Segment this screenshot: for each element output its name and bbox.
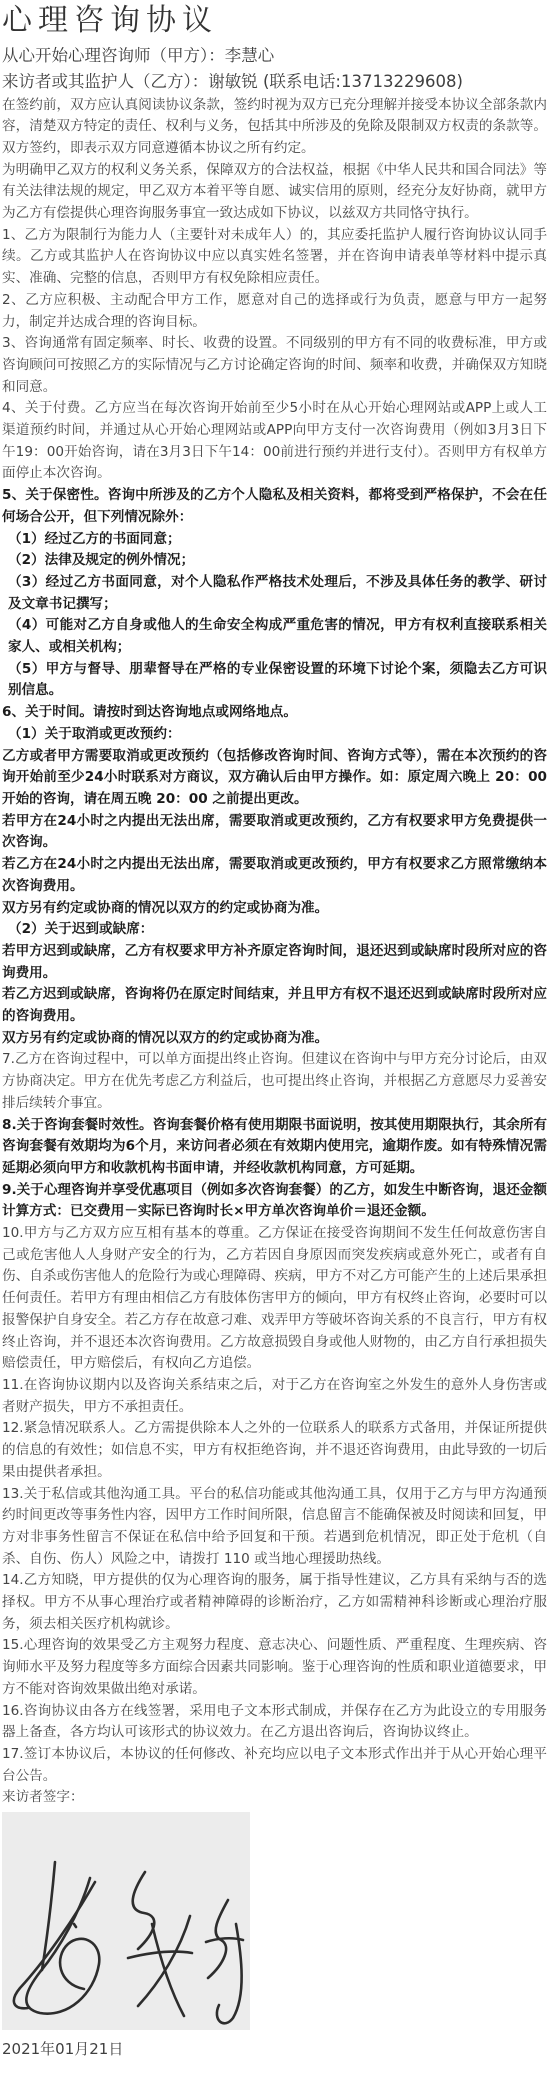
agreement-paragraph: 15.心理咨询的效果受乙方主观努力程度、意志决心、问题性质、严重程度、生理疾病、… <box>2 1635 547 1700</box>
agreement-paragraph: 双方另有约定或协商的情况以双方的约定或协商为准。 <box>2 898 547 920</box>
agreement-paragraph: 7.乙方在咨询过程中，可以单方面提出终止咨询。但建议在咨询中与甲方充分讨论后，由… <box>2 1049 547 1114</box>
agreement-paragraph: （1）关于取消或更改预约： <box>2 724 547 746</box>
agreement-paragraph: 乙方或者甲方需要取消或更改预约（包括修改咨询时间、咨询方式等），需在本次预约的咨… <box>2 746 547 811</box>
agreement-paragraph: 在签约前，双方应认真阅读协议条款，签约时视为双方已充分理解并接受本协议全部条款内… <box>2 95 547 160</box>
agreement-paragraph: （3）经过乙方书面同意，对个人隐私作严格技术处理后，不涉及具体任务的教学、研讨及… <box>2 572 547 615</box>
agreement-paragraph: 9.关于心理咨询并享受优惠项目（例如多次咨询套餐）的乙方，如发生中断咨询，退还金… <box>2 1180 547 1223</box>
sign-date: 2021年01月21日 <box>2 2038 547 2060</box>
agreement-paragraph: （4）可能对乙方自身或他人的生命安全构成严重危害的情况，甲方有权利直接联系相关家… <box>2 615 547 658</box>
agreement-paragraph: 若乙方在24小时之内提出无法出席，需要取消或更改预约，甲方有权要求乙方照常缴纳本… <box>2 854 547 897</box>
agreement-paragraph: 10.甲方与乙方双方应互相有基本的尊重。乙方保证在接受咨询期间不发生任何故意伤害… <box>2 1223 547 1375</box>
agreement-paragraph: 2、乙方应积极、主动配合甲方工作，愿意对自己的选择或行为负责，愿意与甲方一起努力… <box>2 290 547 333</box>
agreement-paragraph: 双方另有约定或协商的情况以双方的约定或协商为准。 <box>2 1028 547 1050</box>
agreement-paragraph: 17.签订本协议后，本协议的任何修改、补充均应以电子文本形式作出并于从心开始心理… <box>2 1744 547 1787</box>
handwritten-signature-icon <box>2 1812 250 2030</box>
agreement-paragraph: 13.关于私信或其他沟通工具。平台的私信功能或其他沟通工具，仅用于乙方与甲方沟通… <box>2 1484 547 1571</box>
agreement-paragraph: 14.乙方知晓，甲方提供的仅为心理咨询的服务，属于指导性建议，乙方具有采纳与否的… <box>2 1570 547 1635</box>
agreement-paragraph: 8.关于咨询套餐时效性。咨询套餐价格有使用期限书面说明，按其使用期限执行，其余所… <box>2 1115 547 1180</box>
agreement-paragraph: 5、关于保密性。咨询中所涉及的乙方个人隐私及相关资料，都将受到严格保护，不会在任… <box>2 485 547 528</box>
agreement-paragraph: 16.咨询协议由各方在线签署，采用电子文本形式制成，并保存在乙方为此设立的专用服… <box>2 1701 547 1744</box>
agreement-body: 在签约前，双方应认真阅读协议条款，签约时视为双方已充分理解并接受本协议全部条款内… <box>2 95 547 1788</box>
agreement-paragraph: （2）法律及规定的例外情况； <box>2 550 547 572</box>
agreement-paragraph: 1、乙方为限制行为能力人（主要针对未成年人）的，其应委托监护人履行咨询协议认同手… <box>2 225 547 290</box>
agreement-paragraph: （5）甲方与督导、朋辈督导在严格的专业保密设置的环境下讨论个案，须隐去乙方可识别… <box>2 659 547 702</box>
agreement-paragraph: 12.紧急情况联系人。乙方需提供除本人之外的一位联系人的联系方式备用，并保证所提… <box>2 1418 547 1483</box>
agreement-paragraph: 3、咨询通常有固定频率、时长、收费的设置。不同级别的甲方有不同的收费标准，甲方或… <box>2 333 547 398</box>
visitor-signature-image <box>2 1812 250 2030</box>
party-a-line: 从心开始心理咨询师（甲方）：李慧心 <box>2 43 547 69</box>
party-b-line: 来访者或其监护人（乙方）：谢敏锐 (联系电话:13713229608) <box>2 69 547 95</box>
agreement-paragraph: 若甲方在24小时之内提出无法出席，需要取消或更改预约，乙方有权要求甲方免费提供一… <box>2 811 547 854</box>
agreement-paragraph: 11.在咨询协议期内以及咨询关系结束之后，对于乙方在咨询室之外发生的意外人身伤害… <box>2 1375 547 1418</box>
agreement-paragraph: （1）经过乙方的书面同意； <box>2 529 547 551</box>
agreement-paragraph: 若乙方迟到或缺席，咨询将仍在原定时间结束，并且甲方有权不退还迟到或缺席时段所对应… <box>2 984 547 1027</box>
page-title: 心理咨询协议 <box>2 2 547 40</box>
agreement-paragraph: 为明确甲乙双方的权利义务关系，保障双方的合法权益，根据《中华人民共和国合同法》等… <box>2 160 547 225</box>
agreement-paragraph: 4、关于付费。乙方应当在每次咨询开始前至少5小时在从心开始心理网站或APP上或人… <box>2 398 547 485</box>
agreement-paragraph: 6、关于时间。请按时到达咨询地点或网络地点。 <box>2 702 547 724</box>
agreement-paragraph: 若甲方迟到或缺席，乙方有权要求甲方补齐原定咨询时间，退还迟到或缺席时段所对应的咨… <box>2 941 547 984</box>
agreement-paragraph: （2）关于迟到或缺席： <box>2 919 547 941</box>
signature-label: 来访者签字： <box>2 1787 547 1809</box>
agreement-document: 心理咨询协议 从心开始心理咨询师（甲方）：李慧心 来访者或其监护人（乙方）：谢敏… <box>0 0 550 2070</box>
